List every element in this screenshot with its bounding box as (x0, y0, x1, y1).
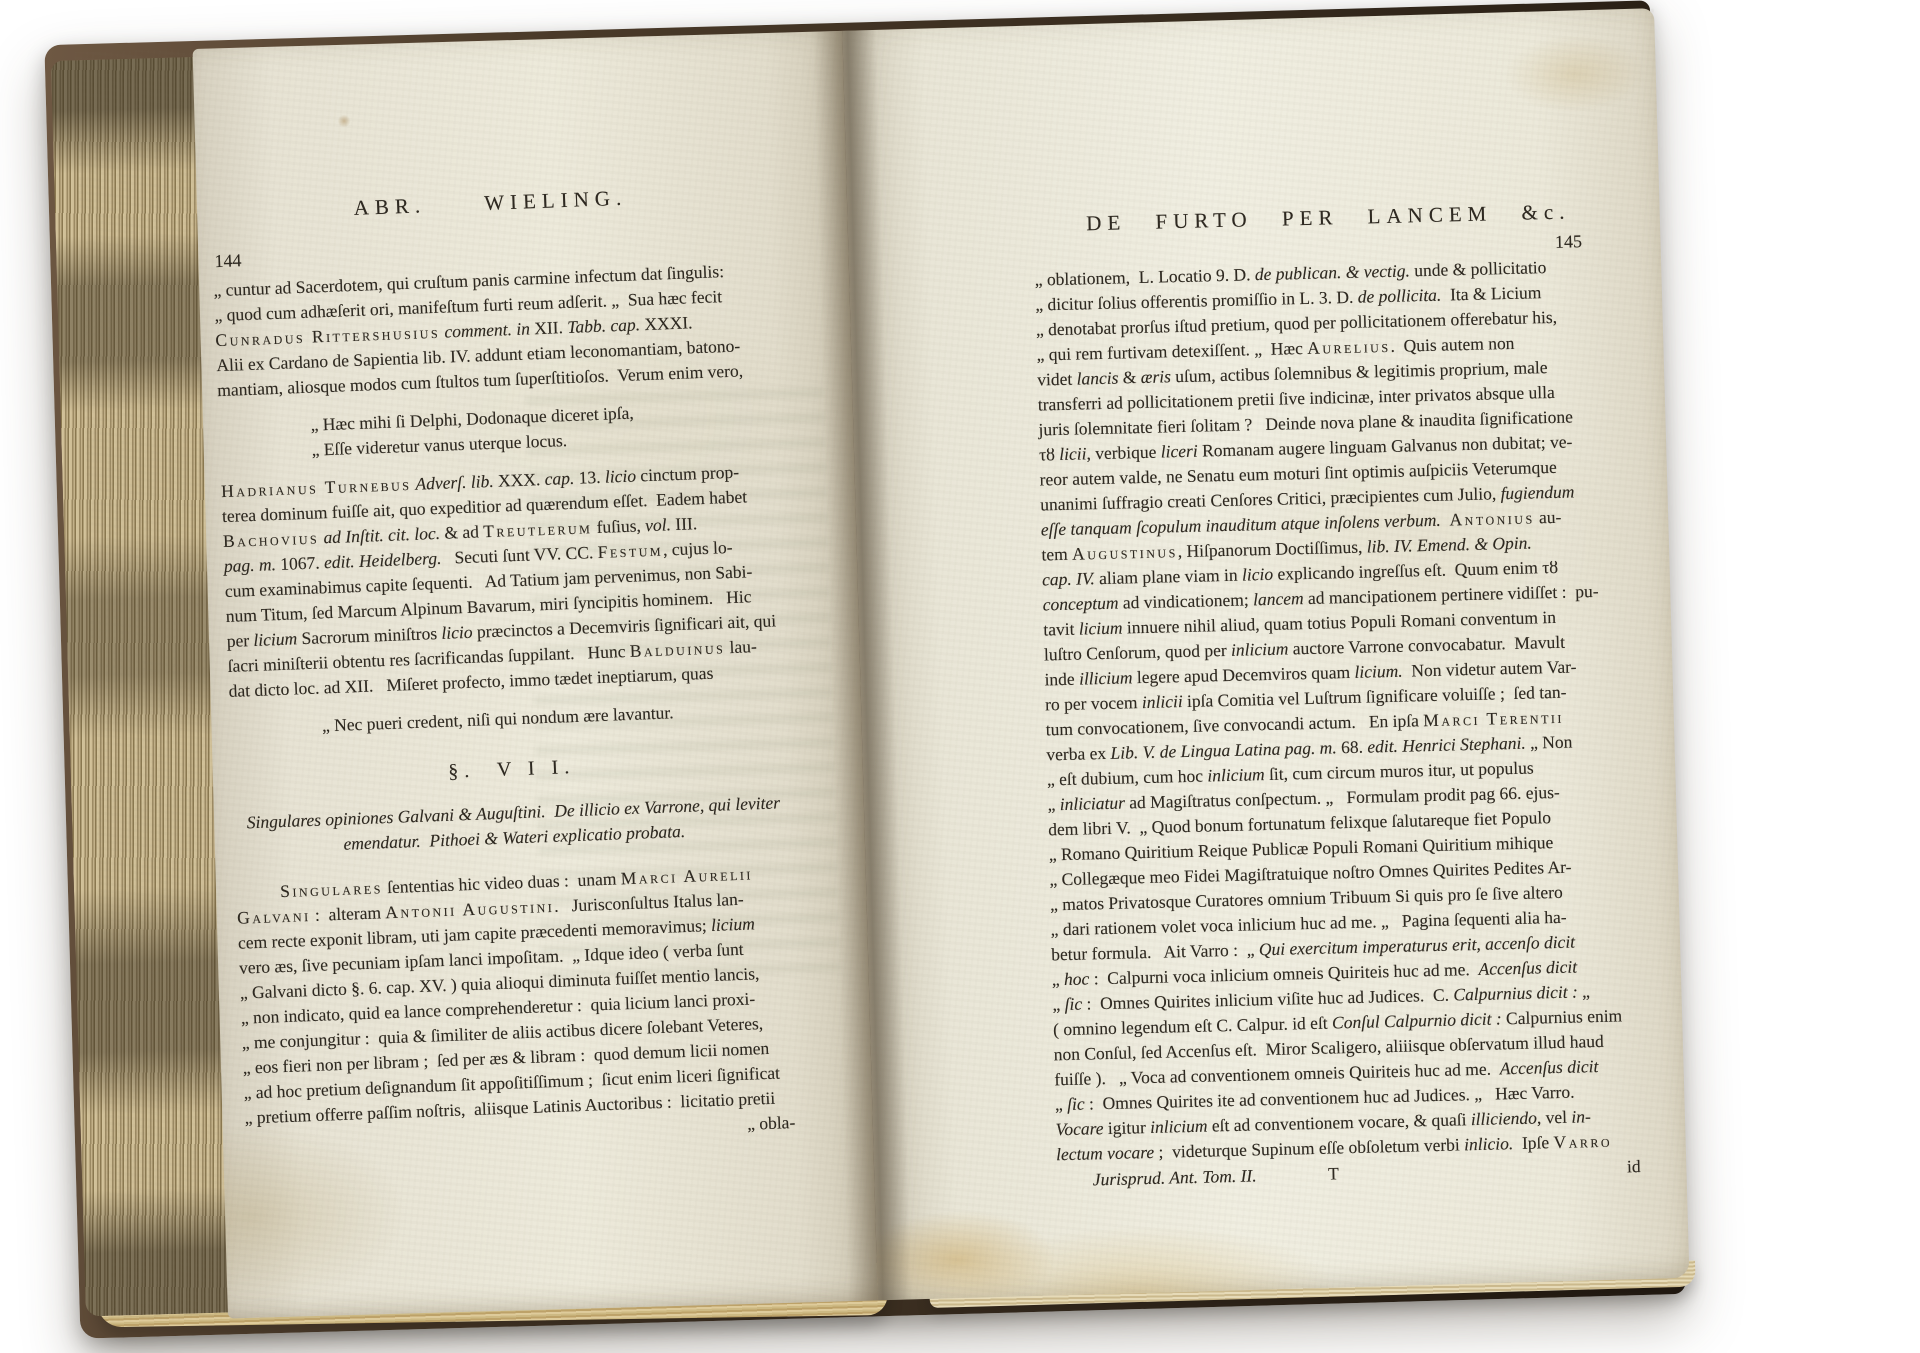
section-summary: Singulares opiniones Galvani & Auguſtini… (233, 790, 794, 861)
text-segment: fuſius, (592, 515, 646, 537)
text-segment: lancis (1076, 368, 1118, 389)
text-segment: III. (671, 513, 698, 534)
text-segment: Augustinus (1072, 541, 1178, 564)
text-segment: Marci Aurelii (620, 863, 753, 888)
text-segment: licii (1059, 443, 1087, 464)
text-segment: XXX. (498, 469, 545, 491)
text-segment: Singulares (280, 877, 383, 901)
text-segment: ſit, cum circum muros itur, ut populus (1264, 758, 1533, 785)
text-segment: licium (253, 628, 297, 650)
single-verse-quotation: „ Nec pueri credent, niſi qui nondum ære… (322, 696, 791, 739)
left-page-text: ABR. WIELING. 144 „ cuntur ad Sacerdotem… (210, 180, 805, 1155)
text-segment: tem (1041, 544, 1072, 565)
text-segment: aliam plane viam in (1095, 565, 1243, 589)
text-segment: Festum (597, 540, 663, 562)
right-page-blocks: „ oblationem, L. Locatio 9. D. de public… (1034, 253, 1646, 1167)
text-segment: verba ex (1046, 743, 1111, 765)
text-segment: , cujus lo- (663, 537, 733, 560)
text-segment: „ eſt dubium, cum hoc (1047, 765, 1208, 789)
text-segment: Tabb. cap. (567, 314, 640, 337)
text-segment: Marci Terentii (1423, 707, 1564, 730)
text-segment: & ad (440, 521, 484, 543)
volume-title: Jurisprud. Ant. Tom. II. (1092, 1163, 1256, 1192)
text-segment: ad Inſtit. cit. loc. (319, 523, 441, 548)
text-segment: ſic (1067, 1094, 1085, 1114)
text-segment: eſt ad conventionem vocare, & quaſi (1207, 1109, 1471, 1135)
right-page-text: DE FURTO PER LANCEM &c. 145 „ oblationem… (1033, 198, 1647, 1194)
text-segment: tavit (1043, 619, 1079, 640)
page-number-right: 145 (1555, 229, 1583, 255)
print-line: §. V I I. (231, 747, 792, 793)
text-segment: cap. (544, 468, 574, 489)
left-page-blocks: „ cuntur ad Sacerdotem, qui cruſtum pani… (213, 257, 805, 1130)
text-segment: liceri (1161, 441, 1198, 462)
text-segment: cinctum prop- (636, 462, 740, 486)
text-segment: licium. (1354, 661, 1403, 682)
text-segment: Ita & Licium (1441, 282, 1542, 304)
text-segment: Aurelius (1307, 336, 1391, 358)
text-segment: ad vindicationem; (1118, 589, 1253, 612)
text-segment: Sacrorum miniſtros (297, 623, 442, 648)
text-segment: „ Non (1525, 732, 1572, 753)
text-segment: ; videturque Supinum eſſe obſoletum verb… (1154, 1134, 1464, 1162)
text-segment: lectum vocare (1056, 1142, 1154, 1164)
text-segment: licio (441, 622, 473, 643)
page-number-left: 144 (214, 248, 242, 274)
text-segment: Conſul Calpurnio dicit : (1332, 1008, 1502, 1032)
text-segment: 68. (1336, 737, 1367, 758)
text-segment: „ Nec pueri credent, niſi qui nondum ære… (322, 702, 674, 735)
text-segment: inlicium (1231, 638, 1289, 659)
text-segment: inliciatur (1060, 793, 1126, 815)
text-segment: betur formula. Ait Varro : „ (1051, 939, 1259, 964)
text-segment: pag. m. (224, 554, 277, 576)
text-segment: legere apud Decemviros quam (1132, 662, 1355, 687)
text-segment: luſtro Cenſorum, quod per (1044, 640, 1232, 665)
text-segment: unde & pollicitatio (1410, 257, 1547, 280)
section-heading: §. V I I. (231, 747, 792, 793)
text-segment: , verbique (1086, 442, 1161, 464)
text-segment: cap. IV. (1042, 568, 1095, 589)
text-segment: : alteram (310, 902, 386, 925)
text-segment: vol. (645, 514, 671, 535)
text-segment: illicium (1079, 667, 1133, 688)
text-segment: edit. Henrici Stephani. (1367, 733, 1526, 757)
text-segment: Bachovius (223, 527, 320, 551)
text-segment: Accenſus dicit (1478, 957, 1577, 979)
text-segment: ( omnino legendum eſt C. Calpur. id eſt (1053, 1013, 1332, 1040)
text-segment: illiciendo (1471, 1108, 1538, 1130)
text-segment: æris (1141, 366, 1172, 387)
text-segment: Antonius (1449, 507, 1535, 529)
text-segment: inlicio. (1464, 1133, 1514, 1154)
text-segment: Lib. V. de Lingua Latina pag. m. (1110, 737, 1337, 763)
text-segment: Varro (1553, 1131, 1612, 1152)
signature-mark: T (1328, 1161, 1339, 1186)
text-segment: de publican. & vectig. (1255, 260, 1410, 284)
text-segment: „ oblationem, L. Locatio 9. D. (1035, 264, 1256, 289)
catchword-right: id (1627, 1154, 1641, 1179)
text-segment: Non videtur autem Var- (1402, 656, 1576, 680)
text-segment: Accenſus dicit (1499, 1056, 1598, 1078)
singulares-paragraph: Singulares ſententias hic video duas : u… (236, 860, 805, 1131)
distich-quotation: „ Hæc mihi ſi Delphi, Dodonaque diceret … (310, 395, 780, 463)
text-segment: explicando ingreſſus eſt. Quum enim τȣ (1273, 557, 1558, 584)
text-segment: XII. (534, 317, 568, 338)
quote-continuation-paragraph: „ cuntur ad Sacerdotem, qui cruſtum pani… (213, 257, 777, 403)
text-segment: inlicium (1207, 764, 1265, 785)
text-segment: videt (1037, 369, 1077, 390)
text-segment: lib. IV. Emend. & Opin. (1367, 532, 1532, 556)
text-segment: Adverſ. lib. (411, 471, 498, 494)
text-segment: 1067. (276, 552, 325, 574)
text-segment: „ (1052, 969, 1065, 989)
text-segment: §. V I I. (448, 756, 576, 783)
text-segment: . Quis autem non (1390, 333, 1514, 356)
text-segment: Calpurnius dicit : (1453, 982, 1578, 1005)
text-segment: Balduinus (629, 637, 725, 661)
text-segment: Antonii Augustini (385, 896, 555, 922)
text-segment: inlicium (1150, 1116, 1208, 1137)
text-segment: au- (1534, 507, 1561, 528)
text-segment: Calpurnius enim (1501, 1005, 1622, 1028)
text-segment: licio (605, 466, 637, 487)
print-line: „ Nec pueri credent, niſi qui nondum ære… (322, 696, 791, 739)
text-segment: inlicii (1142, 691, 1183, 712)
text-segment: ſic (1064, 994, 1082, 1014)
text-segment: licio (1242, 564, 1274, 585)
text-segment: edit. Heidelberg. (324, 548, 442, 572)
text-segment: auctore Varrone convocabatur. Mavult (1288, 632, 1565, 659)
text-segment: de pollicita. (1357, 285, 1441, 307)
text-segment: Ipſe (1513, 1132, 1554, 1153)
text-segment: Treutlerum (483, 517, 593, 541)
text-segment: igitur (1103, 1117, 1150, 1138)
text-segment: & (1118, 367, 1141, 388)
main-paragraph: „ oblationem, L. Locatio 9. D. de public… (1034, 253, 1646, 1167)
text-segment: hoc (1064, 968, 1090, 989)
text-segment: „ (1052, 994, 1065, 1014)
text-segment: inde (1044, 669, 1079, 690)
text-segment: per (226, 630, 253, 651)
text-segment: , Hiſpanorum Doctiſſimus, (1177, 537, 1367, 562)
text-segment: lancem (1253, 588, 1304, 609)
text-segment: lau- (725, 636, 757, 657)
text-segment: „ qui rem furtivam detexiſſent. „ Hæc (1036, 338, 1307, 365)
text-segment: ro per vocem (1045, 692, 1142, 714)
text-segment: „ (1578, 981, 1591, 1001)
text-segment: Vocare (1055, 1118, 1103, 1139)
text-segment: comment. in (440, 318, 535, 342)
text-segment: „ (1055, 1094, 1068, 1114)
text-segment: , vel (1537, 1107, 1572, 1128)
text-segment: licium (711, 913, 755, 935)
open-book: ABR. WIELING. 144 „ cuntur ad Sacerdotem… (75, 8, 1690, 1322)
text-segment: „ (1047, 794, 1060, 814)
text-segment: Galvani (237, 905, 311, 928)
text-segment: Secuti ſunt VV. CC. (441, 542, 598, 568)
text-segment: licium (1079, 618, 1123, 639)
text-segment: conceptum (1042, 593, 1118, 615)
text-segment: in- (1571, 1106, 1591, 1126)
text-segment: XXXI. (640, 312, 693, 334)
text-segment: 13. (574, 467, 605, 488)
text-segment: fugiendum (1500, 481, 1574, 503)
turnebus-paragraph: Hadrianus Turnebus Adverſ. lib. XXX. cap… (221, 458, 789, 704)
text-segment: τȣ (1039, 444, 1060, 464)
